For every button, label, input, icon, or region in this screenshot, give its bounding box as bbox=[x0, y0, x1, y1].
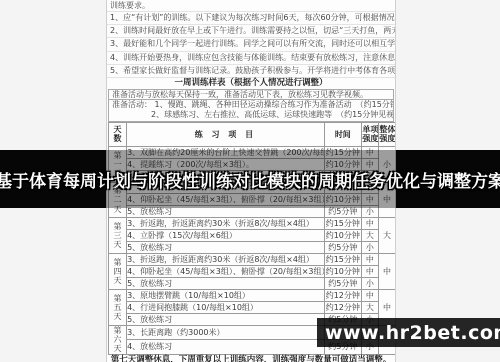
document-page: 训练要求。 1、应“有计划”的训练。以下建议为每次练习时间6天，每次60分钟，可… bbox=[106, 0, 396, 362]
single-intensity: 大 bbox=[361, 301, 378, 313]
schedule-footer-note: 第七天调整休息，下周重复以上训练内容，训练强度与数量可做适当调整。 bbox=[107, 355, 395, 362]
exercise-item: 5、放松练习 bbox=[127, 205, 325, 217]
exercise-item: 4、仰卧起坐（45/每组×3组）、俯卧撑（20/每组×3组） bbox=[127, 193, 325, 205]
schedule-row: 4、提踵练习（200次/每组×3组）。约10分钟中 bbox=[109, 158, 396, 170]
schedule-row: 第二天中 bbox=[109, 182, 396, 193]
exercise-item: 3、折返跑，折返距离约30米（折返8次/每组×4组） bbox=[127, 217, 325, 229]
intro-line: 5、希望家长做好监督与训练记录。鼓励孩子积极参与。开学将进行中考体育各项目测试。 bbox=[107, 65, 395, 78]
intro-line: 2、训练时间最好放在早上或下午进行。训练需要持之以恒，切忌“三天打鱼，两天晒网”… bbox=[107, 25, 395, 38]
exercise-time: 约12分钟 bbox=[324, 289, 361, 301]
screenshot-canvas: 训练要求。 1、应“有计划”的训练。以下建议为每次练习时间6天，每次60分钟，可… bbox=[0, 0, 500, 362]
exercise-item: 4、提踵练习（200次/每组×3组）。 bbox=[127, 158, 325, 170]
schedule-row: 4、行进间抱膝跳（10/每组×10组）约12分钟大 bbox=[109, 301, 396, 313]
exercise-item: 5、放松练习 bbox=[127, 241, 325, 253]
exercise-time: 约15分钟 bbox=[324, 217, 361, 229]
overall-intensity: 小 bbox=[378, 146, 395, 182]
exercise-item: 4、行进间抱膝跳（10/每组×10组） bbox=[127, 301, 325, 313]
overall-intensity: 中 bbox=[378, 253, 395, 289]
day-label: 第三天 bbox=[109, 217, 127, 253]
schedule-row: 4、立卧撑（15次/每组×6组）约10分钟大 bbox=[109, 229, 396, 241]
day-label: 第四天 bbox=[109, 253, 127, 289]
day-label: 第五天 bbox=[109, 289, 127, 325]
exercise-item: 3、原地摆臂跳（10/每组×10组） bbox=[127, 289, 325, 301]
schedule-title: 一周训练样表（根据个人情况进行调整） bbox=[107, 78, 395, 89]
banner-left-block bbox=[0, 150, 106, 208]
single-intensity: 中 bbox=[361, 265, 378, 277]
single-intensity: 中 bbox=[361, 253, 378, 265]
prep-line-1: 准备活动： 1、慢跑、跳绳、各种田径运动操综合练习作为准备活动 （约15分钟见视… bbox=[109, 100, 393, 111]
single-intensity: 中 bbox=[361, 193, 378, 205]
header-single-intensity: 单项强度 bbox=[361, 122, 378, 146]
intro-heading: 训练要求。 bbox=[107, 0, 395, 12]
single-intensity: 大 bbox=[361, 229, 378, 241]
exercise-time: 约15分钟 bbox=[324, 146, 361, 158]
schedule-row: 5、放松练习约5分钟小 bbox=[109, 277, 396, 289]
single-intensity: 中 bbox=[361, 289, 378, 301]
schedule-row: 5、放松练习约5分钟小 bbox=[109, 170, 396, 182]
single-intensity bbox=[361, 182, 378, 193]
exercise-item: 5、放松练习 bbox=[127, 313, 325, 325]
exercise-time: 约5分钟 bbox=[324, 277, 361, 289]
exercise-item: 3、长距离跑（约3000米） bbox=[127, 325, 325, 339]
schedule-row: 5、放松练习约5分钟小 bbox=[109, 205, 396, 217]
schedule-row: 5、放松练习约5分钟小 bbox=[109, 241, 396, 253]
exercise-time: 约10分钟 bbox=[324, 265, 361, 277]
banner-right-block bbox=[396, 150, 500, 208]
exercise-item bbox=[127, 182, 325, 193]
single-intensity: 中 bbox=[361, 158, 378, 170]
exercise-time: 约5分钟 bbox=[324, 170, 361, 182]
schedule-row: 第三天3、折返跑，折返距离约30米（折返8次/每组×4组）约15分钟中大 bbox=[109, 217, 396, 229]
single-intensity: 小 bbox=[361, 170, 378, 182]
header-time: 时间 bbox=[324, 122, 361, 146]
header-day: 天数 bbox=[109, 122, 127, 146]
single-intensity: 中 bbox=[361, 217, 378, 229]
exercise-time: 约12分钟 bbox=[324, 301, 361, 313]
prep-note: 准备活动与放松每天保持一致，准备活动见下表，放松练习见教学视频。 bbox=[108, 89, 394, 100]
exercise-time bbox=[324, 182, 361, 193]
header-overall-intensity: 整体强度 bbox=[378, 122, 395, 146]
exercise-time: 约10分钟 bbox=[324, 158, 361, 170]
intro-line: 1、应“有计划”的训练。以下建议为每次练习时间6天，每次60分钟，可根据情况适当… bbox=[107, 12, 395, 25]
schedule-row: 第四天3、折返跑，折返距离约30米（折返8次/每组×4组）约15分钟中中 bbox=[109, 253, 396, 265]
intro-lines: 1、应“有计划”的训练。以下建议为每次练习时间6天，每次60分钟，可根据情况适当… bbox=[107, 12, 395, 78]
exercise-item: 4、立卧撑（15次/每组×6组） bbox=[127, 229, 325, 241]
single-intensity: 中 bbox=[361, 146, 378, 158]
schedule-row: 第一天3、双脚在高约20厘米的台阶上快速交替跳（200次/每组×6组）约15分钟… bbox=[109, 146, 396, 158]
schedule-row: 第五天3、原地摆臂跳（10/每组×10组）约12分钟中中 bbox=[109, 289, 396, 301]
day-label: 第二天 bbox=[109, 182, 127, 217]
exercise-item: 4、仰卧起坐（45/每组×3组）、俯卧撑（20/每组×3组） bbox=[127, 265, 325, 277]
day-label: 第一天 bbox=[109, 146, 127, 182]
exercise-time: 约10分钟 bbox=[324, 193, 361, 205]
prep-activities: 准备活动： 1、慢跑、跳绳、各种田径运动操综合练习作为准备活动 （约15分钟见视… bbox=[108, 100, 394, 122]
intro-line: 4、训练开始要热身，训练应包含技能与体能训练。结束要有放松练习，注意休息与饮食。 bbox=[107, 52, 395, 65]
exercise-item: 4、放松练习 bbox=[127, 340, 325, 354]
intro-line: 3、最好能和几个同学一起进行训练。同学之间可以有所交流，同时还可以相互学习和监督… bbox=[107, 38, 395, 51]
watermark-badge: www.hr2bet.com bbox=[317, 318, 500, 347]
exercise-item: 3、双脚在高约20厘米的台阶上快速交替跳（200次/每组×6组） bbox=[127, 146, 325, 158]
day-label: 第六天 bbox=[109, 325, 127, 354]
single-intensity: 小 bbox=[361, 205, 378, 217]
exercise-item: 5、放松练习 bbox=[127, 170, 325, 182]
exercise-time: 约15分钟 bbox=[324, 253, 361, 265]
overall-intensity: 中 bbox=[378, 182, 395, 217]
schedule-table-header: 天数 练 习 项 目 时间 单项强度 整体强度 bbox=[109, 122, 396, 146]
schedule-row: 4、仰卧起坐（45/每组×3组）、俯卧撑（20/每组×3组）约10分钟中 bbox=[109, 193, 396, 205]
schedule-row: 4、仰卧起坐（45/每组×3组）、俯卧撑（20/每组×3组）约10分钟中 bbox=[109, 265, 396, 277]
exercise-item: 3、折返跑，折返距离约30米（折返8次/每组×4组） bbox=[127, 253, 325, 265]
overall-intensity: 大 bbox=[378, 217, 395, 253]
single-intensity: 小 bbox=[361, 277, 378, 289]
exercise-item: 5、放松练习 bbox=[127, 277, 325, 289]
exercise-time: 约10分钟 bbox=[324, 229, 361, 241]
exercise-time: 约5分钟 bbox=[324, 241, 361, 253]
header-item: 练 习 项 目 bbox=[127, 122, 325, 146]
exercise-time: 约5分钟 bbox=[324, 205, 361, 217]
prep-line-2: 2、球感练习、左右推拉、高低运球、运球快速跑等 （约15分钟见视频） bbox=[109, 110, 393, 121]
single-intensity: 小 bbox=[361, 241, 378, 253]
